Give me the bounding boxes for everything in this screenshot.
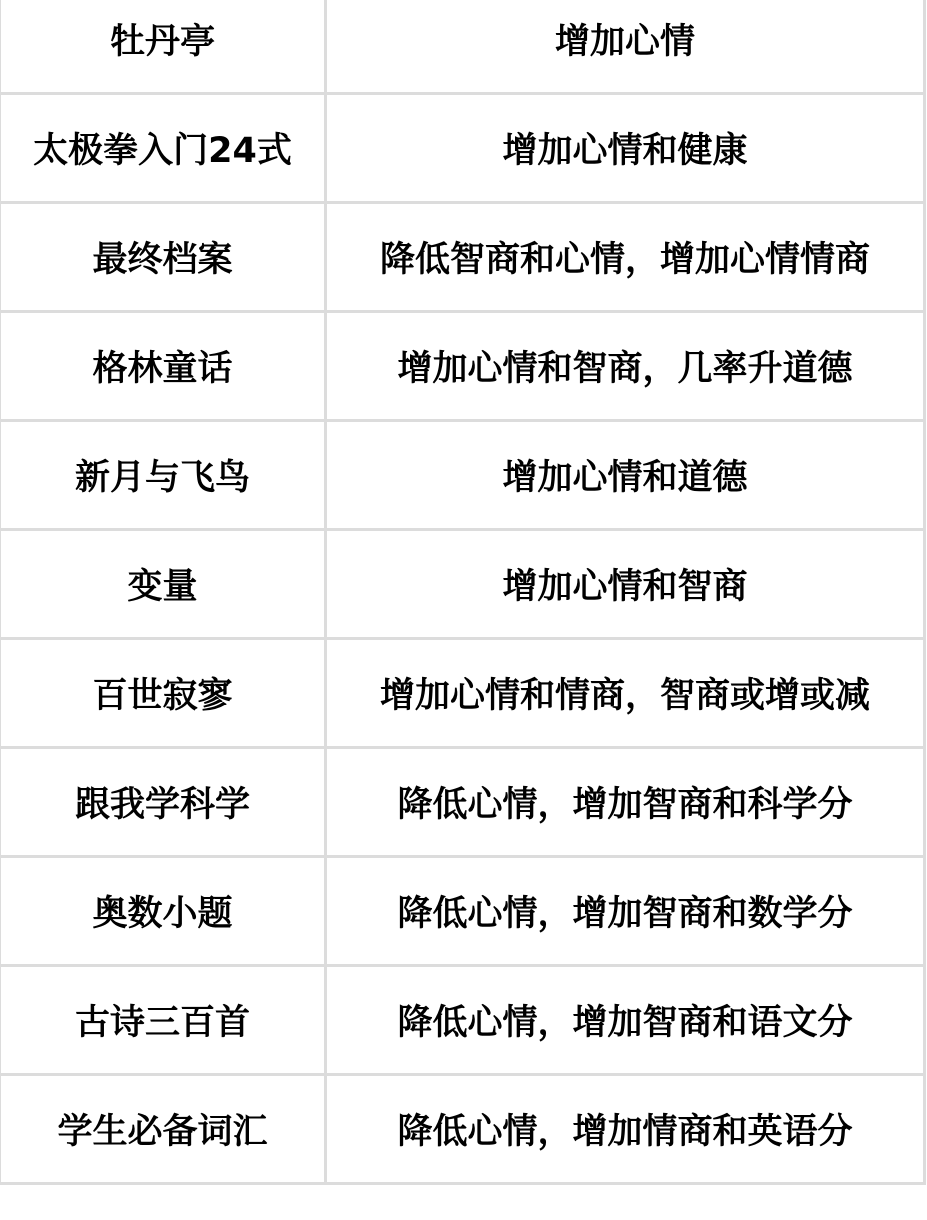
book-title-cell: 学生必备词汇 [0,1075,326,1184]
book-title-cell: 奥数小题 [0,857,326,966]
table-row: 古诗三百首 降低心情，增加智商和语文分 [0,966,925,1075]
book-effects-table-container: 牡丹亭 增加心情 太极拳入门24式 增加心情和健康 最终档案 降低智商和心情，增… [0,0,925,1185]
book-title-cell: 太极拳入门24式 [0,94,326,203]
book-title-cell: 新月与飞鸟 [0,421,326,530]
table-row: 学生必备词汇 降低心情，增加情商和英语分 [0,1075,925,1184]
table-row: 奥数小题 降低心情，增加智商和数学分 [0,857,925,966]
table-row: 最终档案 降低智商和心情，增加心情情商 [0,203,925,312]
book-effect-cell: 降低智商和心情，增加心情情商 [326,203,925,312]
table-row: 牡丹亭 增加心情 [0,0,925,94]
book-title-cell: 百世寂寥 [0,639,326,748]
book-title-cell: 古诗三百首 [0,966,326,1075]
book-effect-cell: 降低心情，增加智商和科学分 [326,748,925,857]
book-effects-table: 牡丹亭 增加心情 太极拳入门24式 增加心情和健康 最终档案 降低智商和心情，增… [0,0,926,1185]
book-title-cell: 跟我学科学 [0,748,326,857]
book-effect-cell: 增加心情和情商，智商或增或减 [326,639,925,748]
book-effect-cell: 增加心情和健康 [326,94,925,203]
book-title-cell: 牡丹亭 [0,0,326,94]
book-title-cell: 格林童话 [0,312,326,421]
book-effect-cell: 降低心情，增加智商和数学分 [326,857,925,966]
table-row: 太极拳入门24式 增加心情和健康 [0,94,925,203]
table-row: 跟我学科学 降低心情，增加智商和科学分 [0,748,925,857]
book-title-cell: 最终档案 [0,203,326,312]
table-row: 格林童话 增加心情和智商，几率升道德 [0,312,925,421]
book-effect-cell: 增加心情 [326,0,925,94]
table-row: 百世寂寥 增加心情和情商，智商或增或减 [0,639,925,748]
book-effect-cell: 降低心情，增加智商和语文分 [326,966,925,1075]
table-row: 新月与飞鸟 增加心情和道德 [0,421,925,530]
book-title-cell: 变量 [0,530,326,639]
book-effect-cell: 增加心情和智商，几率升道德 [326,312,925,421]
book-effect-cell: 增加心情和智商 [326,530,925,639]
table-row: 变量 增加心情和智商 [0,530,925,639]
book-effect-cell: 降低心情，增加情商和英语分 [326,1075,925,1184]
book-effect-cell: 增加心情和道德 [326,421,925,530]
